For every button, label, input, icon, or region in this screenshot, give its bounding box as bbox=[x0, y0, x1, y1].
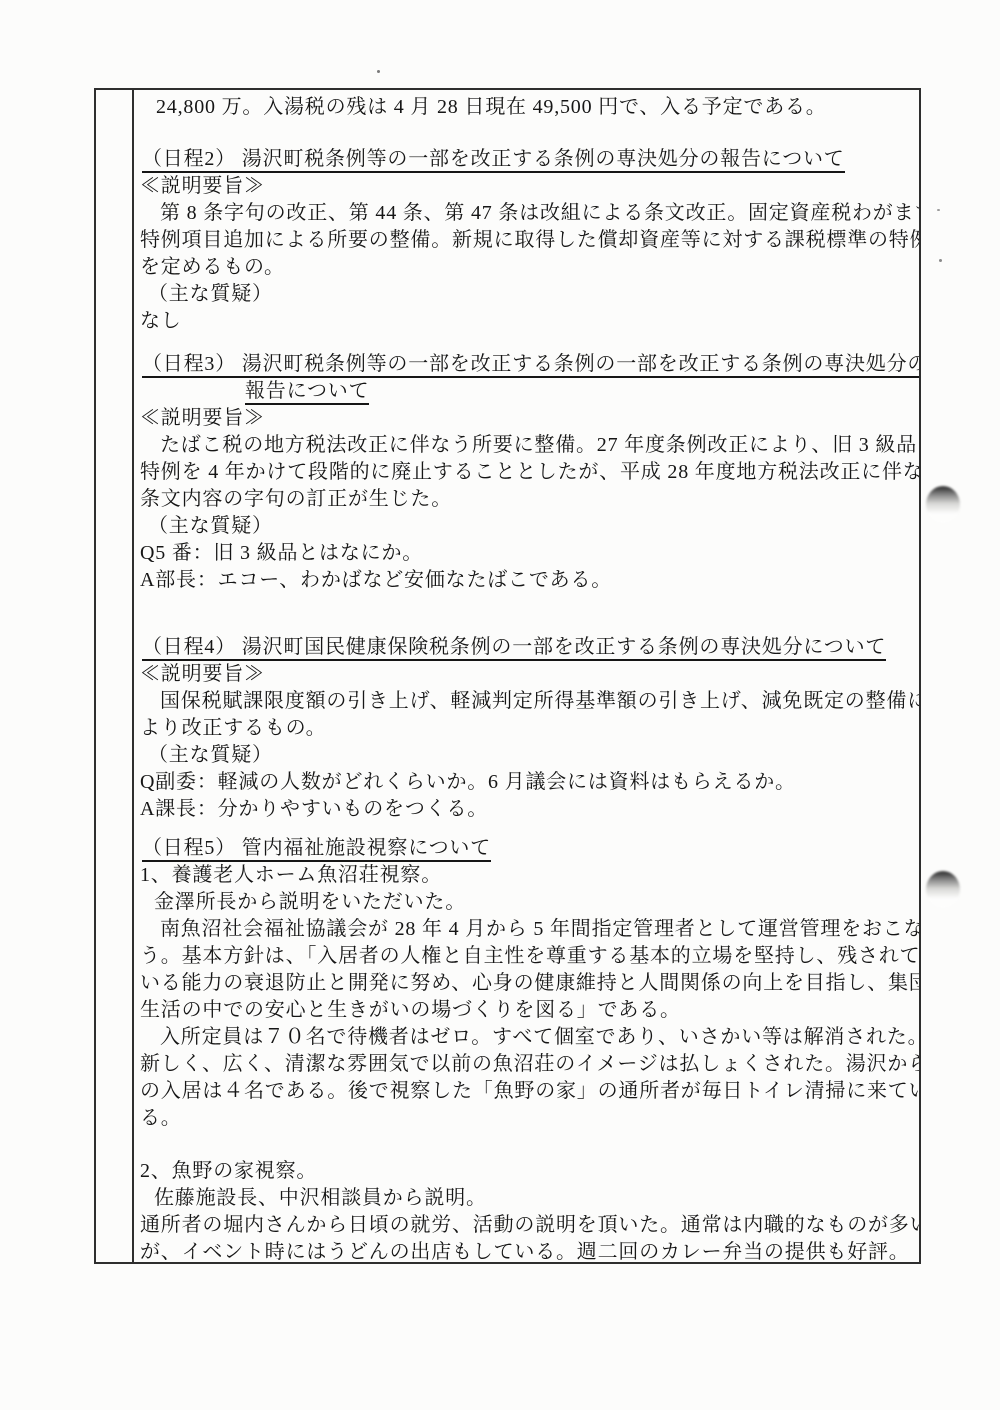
text-line: A課長：分かりやすいものをつくる。 bbox=[140, 796, 915, 823]
line-text: る。 bbox=[140, 1107, 182, 1129]
line-text: （主な質疑） bbox=[148, 744, 273, 766]
line-text: Q副委：軽減の人数がどれくらいか。6 月議会には資料はもらえるか。 bbox=[140, 771, 796, 793]
line-text: 条文内容の字句の訂正が生じた。 bbox=[140, 488, 452, 510]
scan-noise-speck bbox=[377, 70, 380, 73]
line-text: 生活の中での安心と生きがいの場づくりを図る」である。 bbox=[140, 999, 681, 1021]
heading-line: （日程5） 管内福祉施設視察について bbox=[140, 835, 915, 862]
hole-punch-mark-top bbox=[926, 486, 960, 523]
line-text: （日程5） 管内福祉施設視察について bbox=[142, 837, 491, 862]
text-line: A部長：エコー、わかばなど安価なたばこである。 bbox=[140, 567, 915, 594]
text-line: 入所定員は７０名で待機者はゼロ。すべて個室であり、いさかい等は解消された。 bbox=[140, 1024, 915, 1051]
text-line: 金澤所長から説明をいただいた。 bbox=[140, 889, 915, 916]
text-line: 条文内容の字句の訂正が生じた。 bbox=[140, 486, 915, 513]
line-text: が、イベント時にはうどんの出店もしている。週二回のカレー弁当の提供も好評。 bbox=[140, 1241, 910, 1262]
text-line: 特例を 4 年かけて段階的に廃止することとしたが、平成 28 年度地方税法改正に… bbox=[140, 459, 915, 486]
text-line: ≪説明要旨≫ bbox=[140, 405, 915, 432]
line-text: 南魚沼社会福祉協議会が 28 年 4 月から 5 年間指定管理者として運営管理を… bbox=[160, 918, 919, 940]
line-text: たばこ税の地方税法改正に伴なう所要に整備。27 年度条例改正により、旧 3 級品… bbox=[160, 434, 919, 456]
text-line: （主な質疑） bbox=[140, 513, 915, 540]
line-text: 国保税賦課限度額の引き上げ、軽減判定所得基準額の引き上げ、減免既定の整備に bbox=[160, 690, 919, 712]
line-text: ≪説明要旨≫ bbox=[140, 407, 265, 429]
line-text: （日程4） 湯沢町国民健康保険税条例の一部を改正する条例の専決処分について bbox=[142, 636, 886, 661]
text-line: （主な質疑） bbox=[140, 742, 915, 769]
line-text: 新しく、広く、清潔な雰囲気で以前の魚沼荘のイメージは払しょくされた。湯沢から bbox=[140, 1053, 919, 1075]
line-text: A課長：分かりやすいものをつくる。 bbox=[140, 798, 488, 820]
document-table: 24,800 万。入湯税の残は 4 月 28 日現在 49,500 円で、入る予… bbox=[94, 88, 921, 1264]
line-text: 第 8 条字句の改正、第 44 条、第 47 条は改組による条文改正。固定資産税… bbox=[160, 202, 919, 224]
line-text: 2、魚野の家視察。 bbox=[140, 1160, 317, 1182]
scanned-page: 24,800 万。入湯税の残は 4 月 28 日現在 49,500 円で、入る予… bbox=[0, 0, 1000, 1410]
text-line: 1、養護老人ホーム魚沼荘視察。 bbox=[140, 862, 915, 889]
text-line: う。基本方針は、「入居者の人権と自主性を尊重する基本的立場を堅持し、残されて bbox=[140, 943, 915, 970]
text-line: る。 bbox=[140, 1105, 915, 1132]
line-text: 1、養護老人ホーム魚沼荘視察。 bbox=[140, 864, 442, 886]
line-text: （主な質疑） bbox=[148, 283, 273, 305]
line-text: （主な質疑） bbox=[148, 515, 273, 537]
heading-line: （日程3） 湯沢町税条例等の一部を改正する条例の一部を改正する条例の専決処分の bbox=[140, 351, 915, 378]
text-line: 国保税賦課限度額の引き上げ、軽減判定所得基準額の引き上げ、減免既定の整備に bbox=[140, 688, 915, 715]
line-text: 金澤所長から説明をいただいた。 bbox=[154, 891, 466, 913]
heading-line: 報告について bbox=[140, 378, 915, 405]
heading-line: （日程2） 湯沢町税条例等の一部を改正する条例の専決処分の報告について bbox=[140, 146, 915, 173]
text-line: Q5 番：旧 3 級品とはなにか。 bbox=[140, 540, 915, 567]
line-text: A部長：エコー、わかばなど安価なたばこである。 bbox=[140, 569, 612, 591]
scan-noise-speck bbox=[939, 259, 942, 262]
line-text: より改正するもの。 bbox=[140, 717, 326, 739]
text-line: 第 8 条字句の改正、第 44 条、第 47 条は改組による条文改正。固定資産税… bbox=[140, 200, 915, 227]
line-text: 佐藤施設長、中沢相談員から説明。 bbox=[154, 1187, 487, 1209]
heading-line: （日程4） 湯沢町国民健康保険税条例の一部を改正する条例の専決処分について bbox=[140, 634, 915, 661]
text-line: なし bbox=[140, 308, 915, 335]
text-line: 24,800 万。入湯税の残は 4 月 28 日現在 49,500 円で、入る予… bbox=[140, 94, 915, 121]
text-line: たばこ税の地方税法改正に伴なう所要に整備。27 年度条例改正により、旧 3 級品… bbox=[140, 432, 915, 459]
text-line: 通所者の堀内さんから日頃の就労、活動の説明を頂いた。通常は内職的なものが多い bbox=[140, 1212, 915, 1239]
text-line: より改正するもの。 bbox=[140, 715, 915, 742]
text-line: いる能力の衰退防止と開発に努め、心身の健康維持と人間関係の向上を目指し、集団 bbox=[140, 970, 915, 997]
text-line: 2、魚野の家視察。 bbox=[140, 1158, 915, 1185]
line-text: 特例を 4 年かけて段階的に廃止することとしたが、平成 28 年度地方税法改正に… bbox=[140, 461, 919, 483]
text-line: 南魚沼社会福祉協議会が 28 年 4 月から 5 年間指定管理者として運営管理を… bbox=[140, 916, 915, 943]
line-text: 入所定員は７０名で待機者はゼロ。すべて個室であり、いさかい等は解消された。 bbox=[160, 1026, 919, 1048]
text-line: が、イベント時にはうどんの出店もしている。週二回のカレー弁当の提供も好評。 bbox=[140, 1239, 915, 1262]
text-line: 特例項目追加による所要の整備。新規に取得した償却資産等に対する課税標準の特例 bbox=[140, 227, 915, 254]
text-line: ≪説明要旨≫ bbox=[140, 173, 915, 200]
line-text: う。基本方針は、「入居者の人権と自主性を尊重する基本的立場を堅持し、残されて bbox=[140, 945, 919, 967]
text-line: （主な質疑） bbox=[140, 281, 915, 308]
line-text: （日程2） 湯沢町税条例等の一部を改正する条例の専決処分の報告について bbox=[142, 148, 845, 173]
table-content-column: 24,800 万。入湯税の残は 4 月 28 日現在 49,500 円で、入る予… bbox=[134, 90, 919, 1262]
line-text: 報告について bbox=[245, 380, 369, 405]
table-margin-column bbox=[96, 90, 134, 1262]
hole-punch-mark-bottom bbox=[926, 871, 960, 908]
line-text: いる能力の衰退防止と開発に努め、心身の健康維持と人間関係の向上を目指し、集団 bbox=[140, 972, 919, 994]
line-text: の入居は４名である。後で視察した「魚野の家」の通所者が毎日トイレ清掃に来てい bbox=[140, 1080, 919, 1102]
line-text: 24,800 万。入湯税の残は 4 月 28 日現在 49,500 円で、入る予… bbox=[156, 96, 827, 118]
text-line: を定めるもの。 bbox=[140, 254, 915, 281]
line-text: Q5 番：旧 3 級品とはなにか。 bbox=[140, 542, 423, 564]
line-text: ≪説明要旨≫ bbox=[140, 175, 265, 197]
line-text: 特例項目追加による所要の整備。新規に取得した償却資産等に対する課税標準の特例 bbox=[140, 229, 919, 251]
text-line: 生活の中での安心と生きがいの場づくりを図る」である。 bbox=[140, 997, 915, 1024]
text-line: Q副委：軽減の人数がどれくらいか。6 月議会には資料はもらえるか。 bbox=[140, 769, 915, 796]
line-text: なし bbox=[140, 310, 182, 332]
text-line: ≪説明要旨≫ bbox=[140, 661, 915, 688]
line-text: を定めるもの。 bbox=[140, 256, 285, 278]
text-line: の入居は４名である。後で視察した「魚野の家」の通所者が毎日トイレ清掃に来てい bbox=[140, 1078, 915, 1105]
line-text: ≪説明要旨≫ bbox=[140, 663, 265, 685]
line-text: 通所者の堀内さんから日頃の就労、活動の説明を頂いた。通常は内職的なものが多い bbox=[140, 1214, 919, 1236]
line-text: （日程3） 湯沢町税条例等の一部を改正する条例の一部を改正する条例の専決処分の bbox=[142, 353, 919, 378]
text-line: 新しく、広く、清潔な雰囲気で以前の魚沼荘のイメージは払しょくされた。湯沢から bbox=[140, 1051, 915, 1078]
text-line: 佐藤施設長、中沢相談員から説明。 bbox=[140, 1185, 915, 1212]
scan-noise-speck bbox=[937, 209, 940, 211]
